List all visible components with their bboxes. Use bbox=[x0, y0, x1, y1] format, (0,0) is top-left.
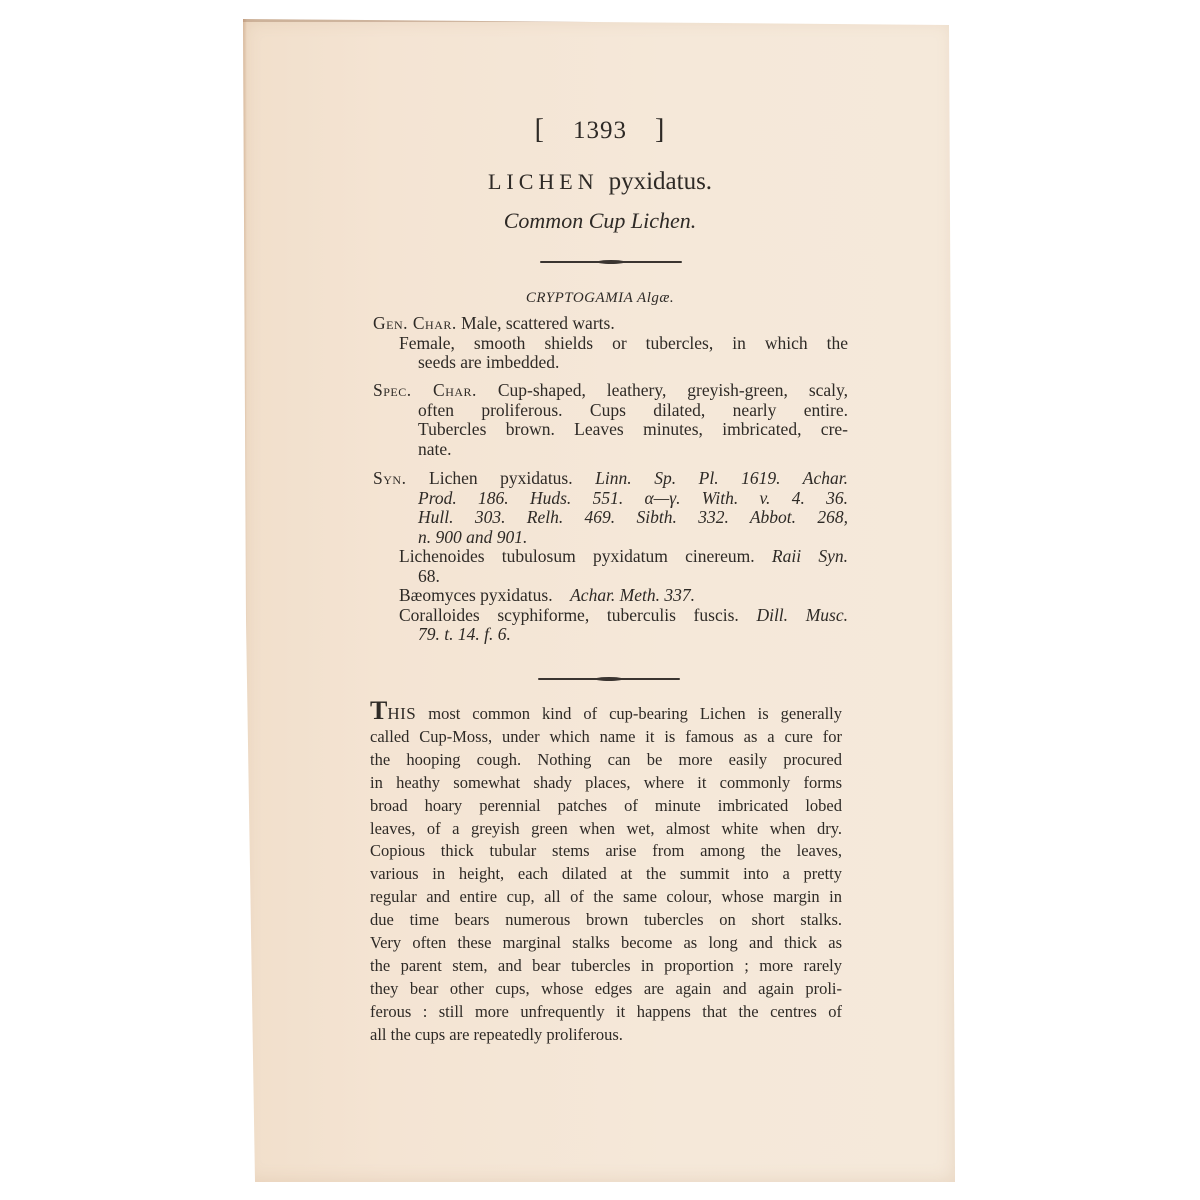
spec-char-line-3: Tubercles brown. Leaves minutes, imbrica… bbox=[373, 420, 848, 440]
spec-char-label: Spec. Char. bbox=[373, 380, 477, 400]
species-name: pyxidatus. bbox=[609, 168, 712, 195]
order-name: Algæ. bbox=[637, 290, 674, 306]
species-title: LICHENpyxidatus. bbox=[0, 168, 1200, 196]
generic-character: Gen. Char. Male, scattered warts. Female… bbox=[373, 314, 848, 373]
body-line-12: the parent stem, and bear tubercles in p… bbox=[370, 955, 842, 978]
body-line-6: leaves, of a greyish green when wet, alm… bbox=[370, 818, 842, 841]
gen-char-line-2: Female, smooth shields or tubercles, in … bbox=[373, 334, 848, 354]
spec-char-line-1: Spec. Char. Cup-shaped, leathery, greyis… bbox=[373, 381, 848, 401]
body-line-8: various in height, each dilated at the s… bbox=[370, 863, 842, 886]
bracket-left: [ bbox=[535, 114, 545, 146]
syn-line-8: Coralloides scyphiforme, tuberculis fusc… bbox=[373, 606, 848, 626]
bracket-right: ] bbox=[655, 114, 665, 146]
ornamental-rule-bottom bbox=[538, 678, 680, 680]
lead-caps: HIS bbox=[387, 704, 416, 723]
body-line-9: regular and entire cup, all of the same … bbox=[370, 886, 842, 909]
gen-char-line-3: seeds are imbedded. bbox=[373, 353, 848, 373]
body-line-11: Very often these marginal stalks become … bbox=[370, 932, 842, 955]
syn-label: Syn. bbox=[373, 468, 406, 488]
drop-cap: T bbox=[370, 696, 387, 725]
syn-line-4: n. 900 and 901. bbox=[373, 528, 848, 548]
body-line-2: called Cup-Moss, under which name it is … bbox=[370, 726, 842, 749]
page-number: [1393] bbox=[0, 114, 1200, 146]
body-line-1: THIS most common kind of cup-bearing Lic… bbox=[370, 698, 842, 726]
gen-char-line-1: Gen. Char. Male, scattered warts. bbox=[373, 314, 848, 334]
body-line-10: due time bears numerous brown tubercles … bbox=[370, 909, 842, 932]
specific-character: Spec. Char. Cup-shaped, leathery, greyis… bbox=[373, 381, 848, 459]
synonymy: Syn. Lichen pyxidatus. Linn. Sp. Pl. 161… bbox=[373, 469, 848, 645]
spec-char-line-4: nate. bbox=[373, 440, 848, 460]
class-name: CRYPTOGAMIA bbox=[526, 290, 633, 306]
syn-line-7: Bæomyces pyxidatus. Achar. Meth. 337. bbox=[373, 586, 848, 606]
spec-char-line-2: often proliferous. Cups dilated, nearly … bbox=[373, 401, 848, 421]
body-line-15: all the cups are repeatedly proliferous. bbox=[370, 1024, 842, 1047]
common-name: Common Cup Lichen. bbox=[0, 208, 1200, 234]
syn-line-3: Hull. 303. Relh. 469. Sibth. 332. Abbot.… bbox=[373, 508, 848, 528]
genus-name: LICHEN bbox=[488, 169, 599, 194]
syn-line-6: 68. bbox=[373, 567, 848, 587]
gen-char-label: Gen. Char. bbox=[373, 313, 457, 333]
syn-line-9: 79. t. 14. f. 6. bbox=[373, 625, 848, 645]
body-line-13: they bear other cups, whose edges are ag… bbox=[370, 978, 842, 1001]
classification: CRYPTOGAMIA Algæ. bbox=[0, 290, 1200, 307]
ornamental-rule-top bbox=[540, 261, 682, 263]
body-line-14: ferous : still more unfrequently it happ… bbox=[370, 1001, 842, 1024]
syn-line-5: Lichenoides tubulosum pyxidatum cinereum… bbox=[373, 547, 848, 567]
body-line-7: Copious thick tubular stems arise from a… bbox=[370, 840, 842, 863]
body-line-4: in heathy somewhat shady places, where i… bbox=[370, 772, 842, 795]
description-body: THIS most common kind of cup-bearing Lic… bbox=[370, 698, 842, 1047]
body-line-5: broad hoary perennial patches of minute … bbox=[370, 795, 842, 818]
body-line-3: the hooping cough. Nothing can be more e… bbox=[370, 749, 842, 772]
syn-line-1: Syn. Lichen pyxidatus. Linn. Sp. Pl. 161… bbox=[373, 469, 848, 489]
syn-line-2: Prod. 186. Huds. 551. α—γ. With. v. 4. 3… bbox=[373, 489, 848, 509]
folio-number: 1393 bbox=[573, 117, 627, 144]
